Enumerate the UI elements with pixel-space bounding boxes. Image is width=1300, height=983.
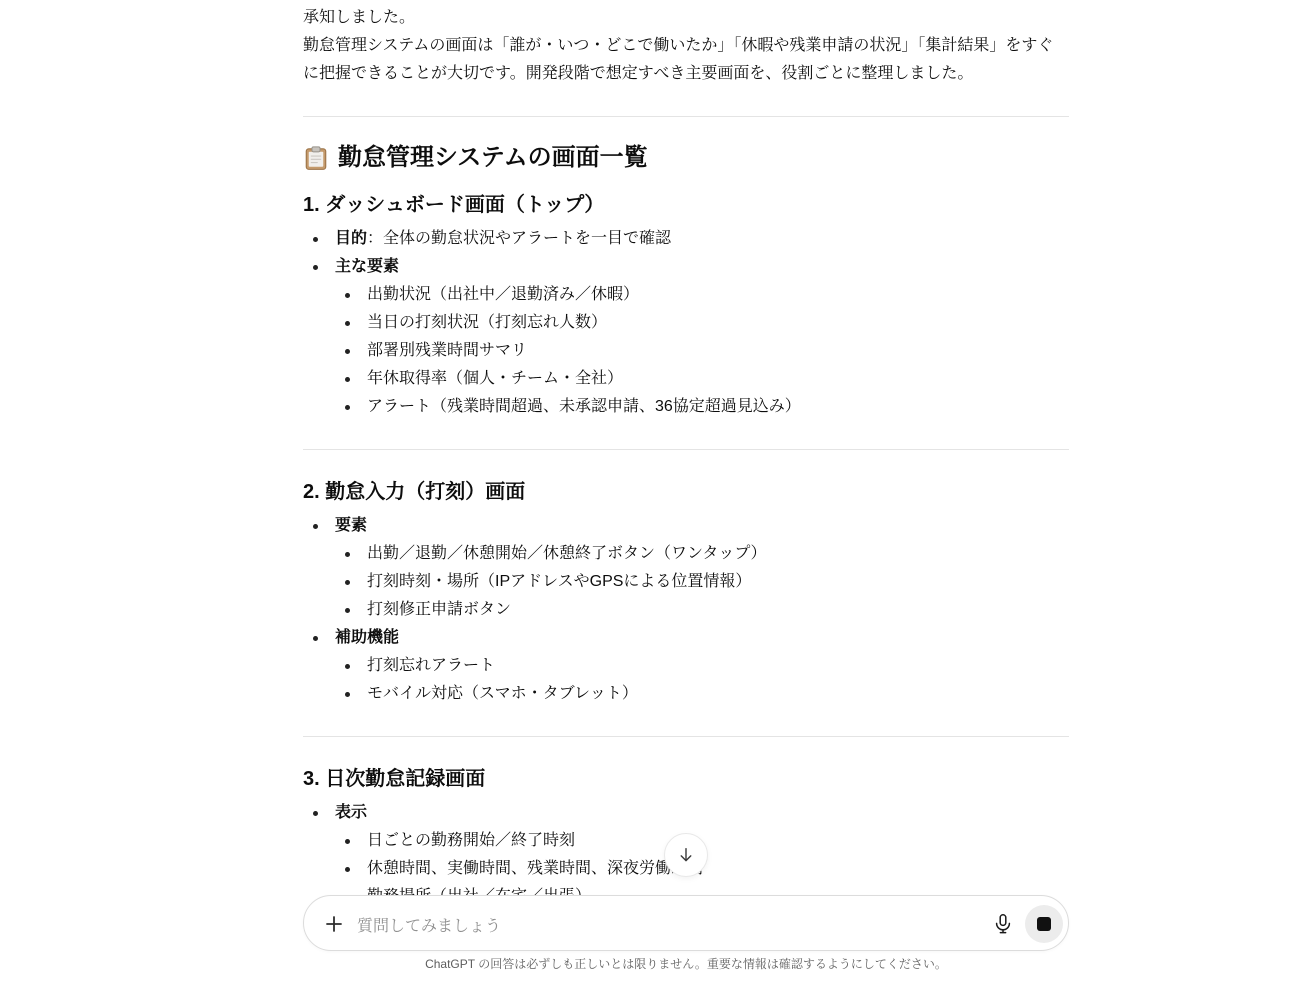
message-composer[interactable]: 質問してみましょう — [303, 895, 1069, 951]
list-item: 打刻時刻・場所（IPアドレスやGPSによる位置情報） — [303, 568, 1069, 596]
list-item: アラート（残業時間超過、未承認申請、36協定超過見込み） — [303, 393, 1069, 421]
divider — [303, 116, 1069, 117]
composer-area: 質問してみましょう ChatGPT の回答は必ずしも正しいとは限りません。重要な… — [0, 895, 1300, 983]
list-item: 当日の打刻状況（打刻忘れ人数） — [303, 309, 1069, 337]
mic-button[interactable] — [990, 911, 1016, 937]
section-2-title: 2. 勤怠入力（打刻）画面 — [303, 478, 1069, 506]
arrow-down-icon — [676, 845, 696, 865]
section-1-title: 1. ダッシュボード画面（トップ） — [303, 191, 1069, 219]
overview-title: 勤怠管理システムの画面一覧 — [338, 142, 648, 174]
list-item: 表示 — [303, 799, 1069, 827]
list-item: 目的：全体の勤怠状況やアラートを一目で確認 — [303, 225, 1069, 253]
assistant-message: 承知しました。 勤怠管理システムの画面は「誰が・いつ・どこで働いたか」「休暇や残… — [303, 4, 1069, 911]
list-item-label: 目的 — [335, 230, 367, 247]
list-item: 補助機能 — [303, 624, 1069, 652]
intro-paragraph: 勤怠管理システムの画面は「誰が・いつ・どこで働いたか」「休暇や残業申請の状況」「… — [303, 32, 1069, 88]
scroll-to-bottom-button[interactable] — [664, 833, 708, 877]
clipboard-icon — [303, 145, 329, 171]
list-item: 出勤状況（出社中／退勤済み／休暇） — [303, 281, 1069, 309]
list-item: 打刻忘れアラート — [303, 652, 1069, 680]
section-1-list: 目的：全体の勤怠状況やアラートを一目で確認 主な要素 出勤状況（出社中／退勤済み… — [303, 225, 1069, 421]
section-3-title: 3. 日次勤怠記録画面 — [303, 765, 1069, 793]
divider — [303, 736, 1069, 737]
list-item-label: 表示 — [335, 804, 367, 821]
attach-button[interactable] — [321, 911, 347, 937]
ack-text: 承知しました。 — [303, 4, 1069, 32]
stop-button[interactable] — [1025, 905, 1063, 943]
list-item-label: 要素 — [335, 517, 367, 534]
list-item-label: 主な要素 — [335, 258, 399, 275]
list-item: 出勤／退勤／休憩開始／休憩終了ボタン（ワンタップ） — [303, 540, 1069, 568]
list-item-label: 補助機能 — [335, 629, 399, 646]
list-item: 部署別残業時間サマリ — [303, 337, 1069, 365]
section-2-list: 要素 出勤／退勤／休憩開始／休憩終了ボタン（ワンタップ） 打刻時刻・場所（IPア… — [303, 512, 1069, 708]
list-item-text: ：全体の勤怠状況やアラートを一目で確認 — [367, 230, 671, 247]
plus-icon — [322, 912, 346, 936]
list-item: 要素 — [303, 512, 1069, 540]
list-item: モバイル対応（スマホ・タブレット） — [303, 680, 1069, 708]
divider — [303, 449, 1069, 450]
list-item: 年休取得率（個人・チーム・全社） — [303, 365, 1069, 393]
list-item: 打刻修正申請ボタン — [303, 596, 1069, 624]
message-input[interactable]: 質問してみましょう — [357, 896, 501, 952]
stop-icon — [1037, 917, 1051, 931]
list-item: 主な要素 — [303, 253, 1069, 281]
microphone-icon — [991, 912, 1015, 936]
overview-heading: 勤怠管理システムの画面一覧 — [303, 142, 1069, 174]
disclaimer-text: ChatGPT の回答は必ずしも正しいとは限りません。重要な情報は確認するように… — [303, 955, 1069, 972]
